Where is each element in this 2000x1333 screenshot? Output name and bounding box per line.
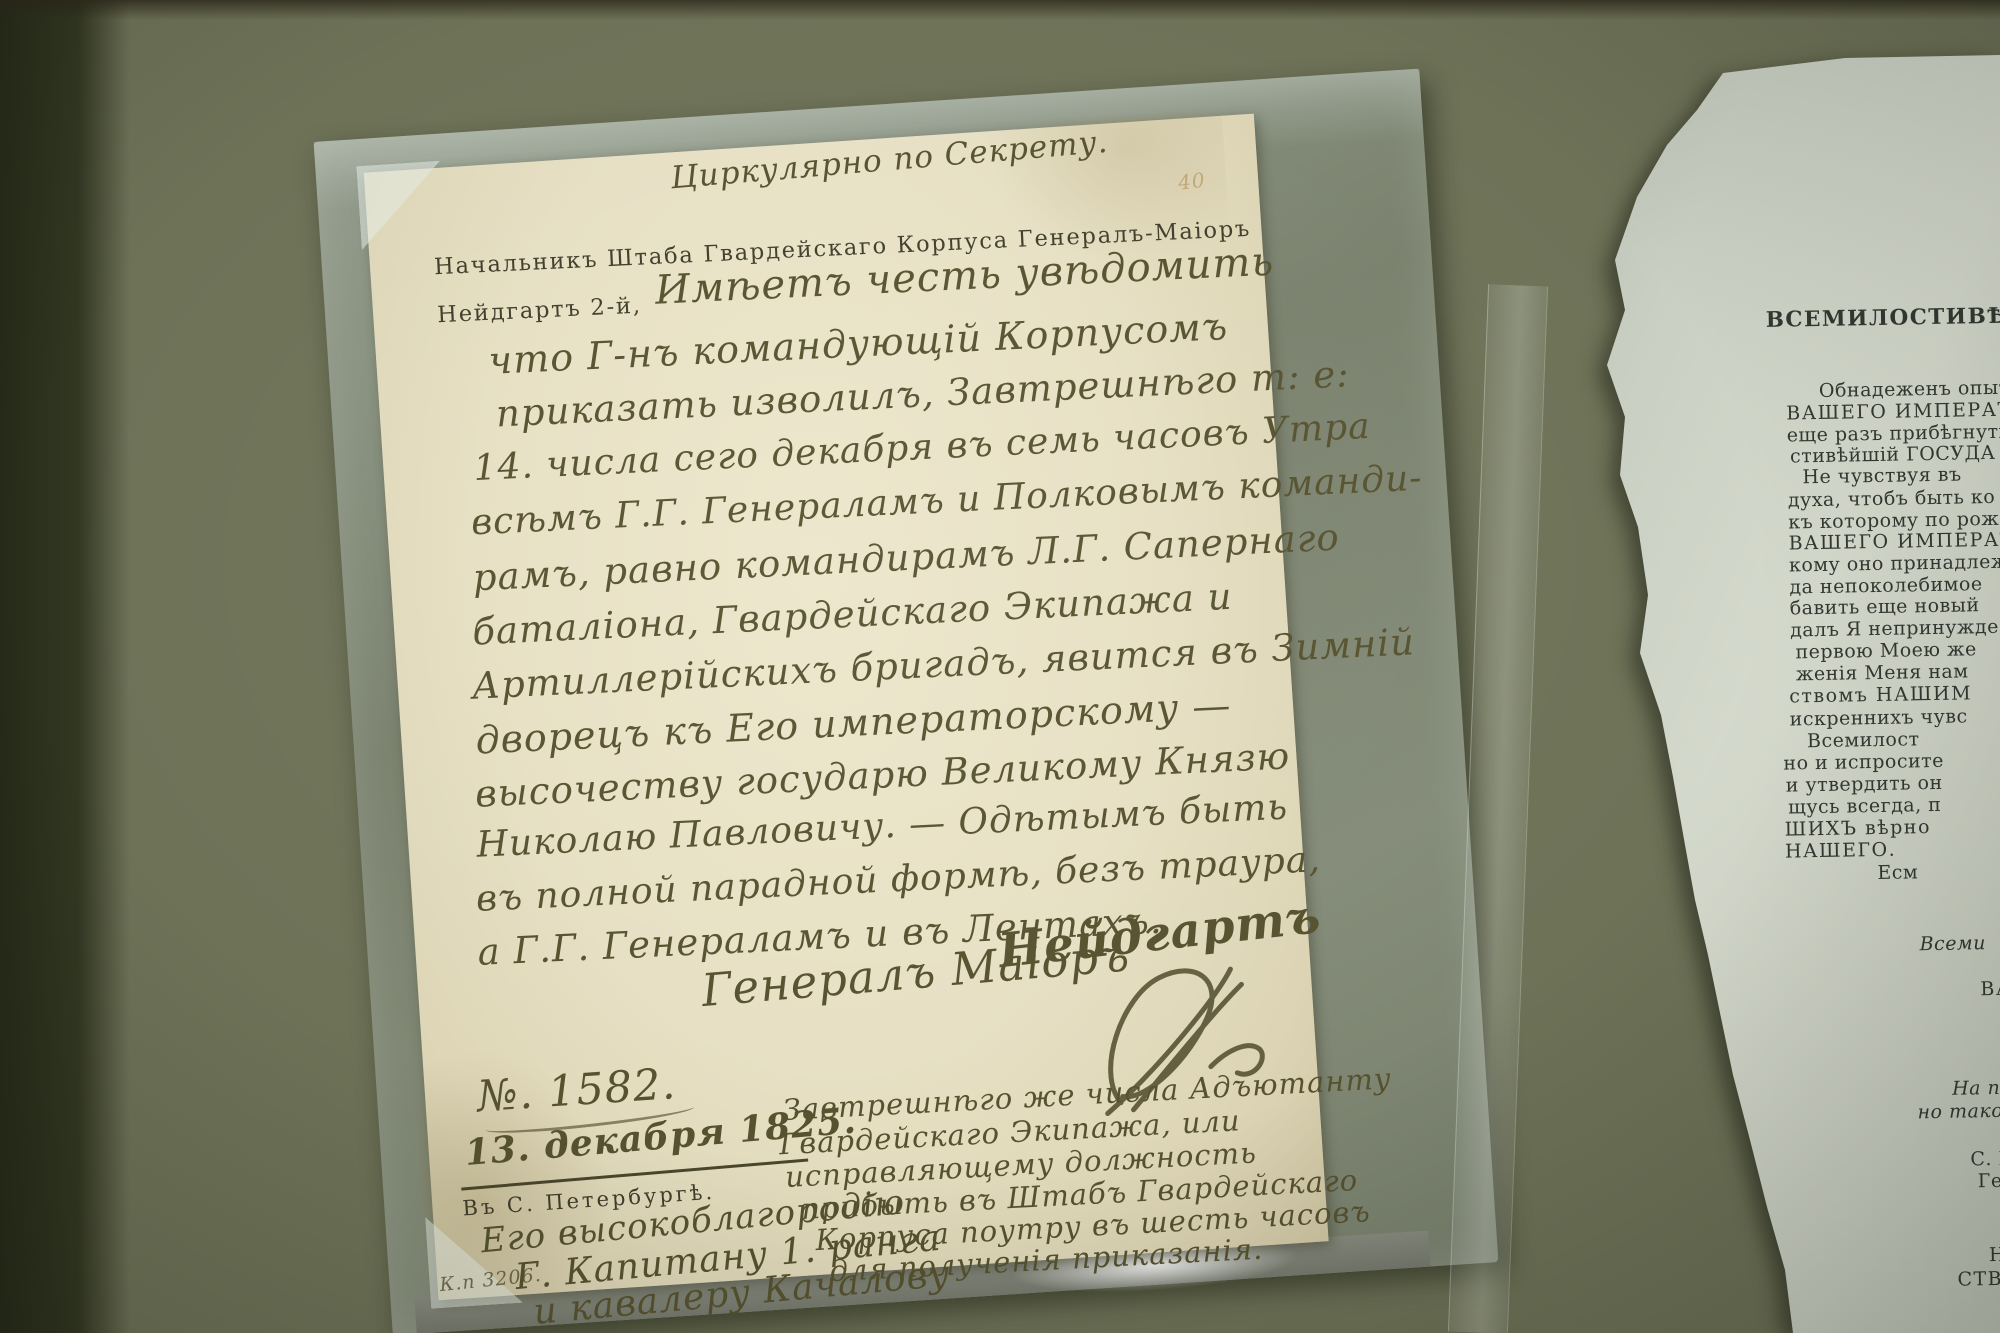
museum-case-photo: { "palette": { "fabric": "#6e7257", "fab…: [0, 0, 2000, 1333]
photo-vignette: [0, 0, 2000, 1333]
